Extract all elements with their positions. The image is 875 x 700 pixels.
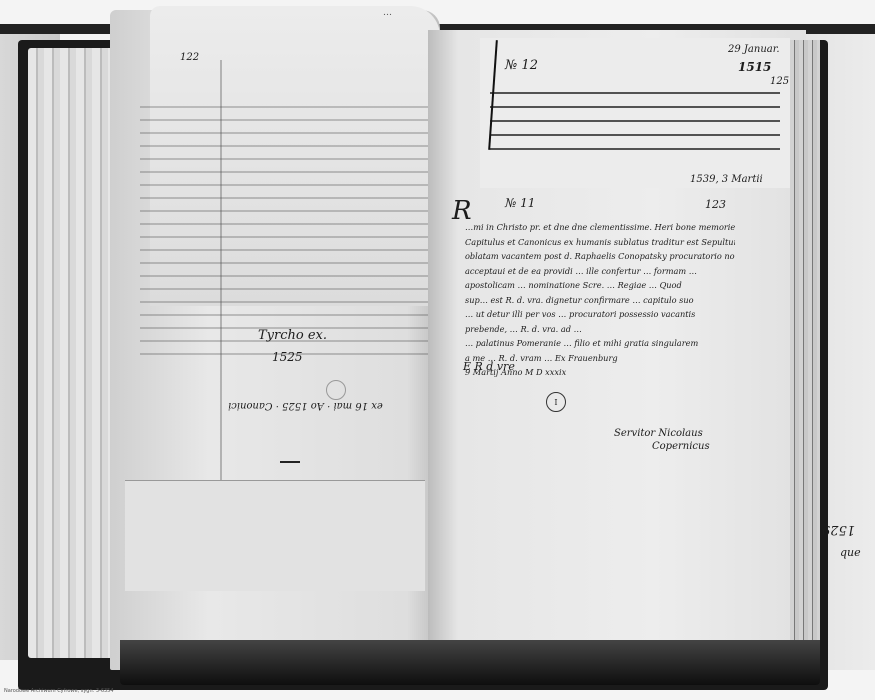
main-letter-reference: № 11: [505, 196, 535, 210]
folded-insert-slip: [125, 480, 425, 591]
left-note-line-2: 1525: [272, 350, 303, 364]
upper-letter-date: 29 Januar.: [728, 44, 780, 55]
letter-line: … ut detur illi per vos … procuratori po…: [465, 307, 735, 322]
left-header-marks: …: [383, 8, 392, 18]
archive-caption: Narodowe Archiwum Cyfrowe, sygn. 3-6354: [4, 688, 114, 694]
right-page-stack: [790, 40, 820, 670]
left-page-faded-text: [140, 95, 430, 355]
letter-line: sup… est R. d. vra. dignetur confirmare …: [465, 293, 735, 308]
left-folio-number: 122: [180, 52, 199, 63]
main-letter-date-note: 1539, 3 Martii: [690, 174, 763, 185]
letter-closing: E R d vre: [463, 360, 515, 373]
right-margin-note: 1529: [822, 522, 855, 537]
main-letter-folio: 123: [705, 198, 726, 211]
fold-line: [220, 60, 222, 480]
upper-letter-year: 1515: [738, 60, 771, 74]
letter-line: acceptaui et de ea providi … ille confer…: [465, 264, 735, 279]
signature-line-1: Servitor Nicolaus: [614, 428, 703, 439]
upper-letter-reference: № 12: [505, 58, 538, 73]
archive-stamp-icon: I: [546, 392, 566, 412]
main-letter-body: …mi in Christo pr. et dne dne clementiss…: [465, 220, 735, 380]
letter-line: …mi in Christo pr. et dne dne clementiss…: [465, 220, 735, 235]
left-note-line-1: Tyrcho ex.: [258, 328, 327, 343]
stamp-label: I: [554, 398, 557, 407]
letter-line: … palatinus Pomeranie … filio et mihi gr…: [465, 336, 735, 351]
book-bottom-edge: [120, 640, 820, 685]
right-margin-word: que: [840, 546, 861, 559]
left-archive-stamp-icon: [326, 380, 346, 400]
letter-line: oblatam vacantem post d. Raphaelis Conop…: [465, 249, 735, 264]
cross-mark: [280, 461, 300, 463]
letter-line: prebende, … R. d. vra. ad …: [465, 322, 735, 337]
upper-letter-text: [490, 80, 780, 160]
inverted-endorsement: ex 16 mai · Ao 1525 · Canonici: [228, 400, 383, 411]
letter-line: Capitulus et Canonicus ex humanis sublat…: [465, 235, 735, 250]
letter-line: apostolicam … nominatione Scre. … Regiae…: [465, 278, 735, 293]
signature-line-2: Copernicus: [652, 441, 710, 452]
